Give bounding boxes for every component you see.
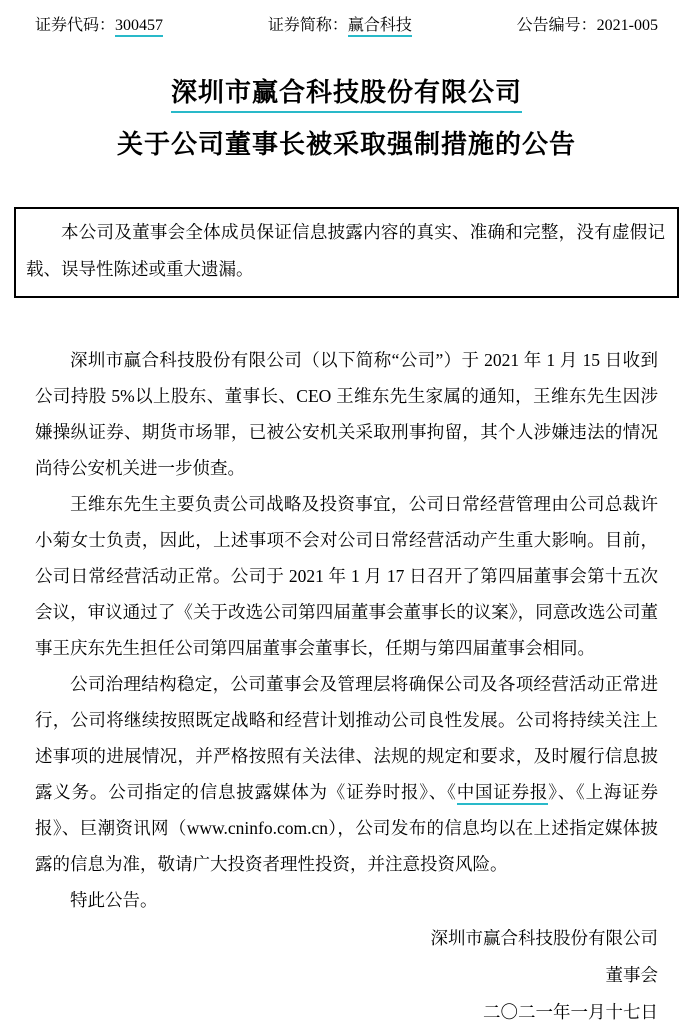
announcement-number: 公告编号：2021-005 xyxy=(517,15,658,37)
stock-abbr-value: 赢合科技 xyxy=(348,17,412,37)
stock-code-value: 300457 xyxy=(115,17,163,37)
stock-abbr-label: 证券简称： xyxy=(268,17,348,34)
paragraph-governance: 公司治理结构稳定，公司董事会及管理层将确保公司及各项经营活动正常进行，公司将继续… xyxy=(35,666,658,882)
announcement-title: 关于公司董事长被采取强制措施的公告 xyxy=(0,125,693,165)
announcement-number-label: 公告编号： xyxy=(517,17,597,34)
signature-company: 深圳市赢合科技股份有限公司 xyxy=(35,920,658,957)
document-body: 深圳市赢合科技股份有限公司（以下简称“公司”）于 2021 年 1 月 15 日… xyxy=(35,342,658,918)
paragraph-notice: 深圳市赢合科技股份有限公司（以下简称“公司”）于 2021 年 1 月 15 日… xyxy=(35,342,658,486)
announcement-number-value: 2021-005 xyxy=(597,17,658,34)
stock-abbr: 证券简称：赢合科技 xyxy=(268,15,412,37)
company-name-title: 深圳市赢合科技股份有限公司 xyxy=(0,73,693,113)
signature-block: 深圳市赢合科技股份有限公司 董事会 二〇二一年一月十七日 xyxy=(35,920,658,1030)
stock-code: 证券代码：300457 xyxy=(35,15,163,37)
china-securities-journal-underlined: 中国证券报 xyxy=(457,782,549,805)
signature-board: 董事会 xyxy=(35,957,658,994)
signature-date: 二〇二一年一月十七日 xyxy=(35,994,658,1030)
paragraph-operations: 王维东先生主要负责公司战略及投资事宜，公司日常经营管理由公司总裁许小菊女士负责，… xyxy=(35,486,658,666)
disclaimer-text: 本公司及董事会全体成员保证信息披露内容的真实、准确和完整，没有虚假记载、误导性陈… xyxy=(26,214,665,288)
company-name-title-text: 深圳市赢合科技股份有限公司 xyxy=(171,78,522,113)
disclaimer-box: 本公司及董事会全体成员保证信息披露内容的真实、准确和完整，没有虚假记载、误导性陈… xyxy=(14,207,679,298)
closing-statement: 特此公告。 xyxy=(35,882,658,918)
doc-header: 证券代码：300457 证券简称：赢合科技 公告编号：2021-005 xyxy=(0,0,693,37)
announcement-page: 证券代码：300457 证券简称：赢合科技 公告编号：2021-005 深圳市赢… xyxy=(0,0,693,1030)
title-block: 深圳市赢合科技股份有限公司 关于公司董事长被采取强制措施的公告 xyxy=(0,73,693,165)
stock-code-label: 证券代码： xyxy=(35,17,115,34)
